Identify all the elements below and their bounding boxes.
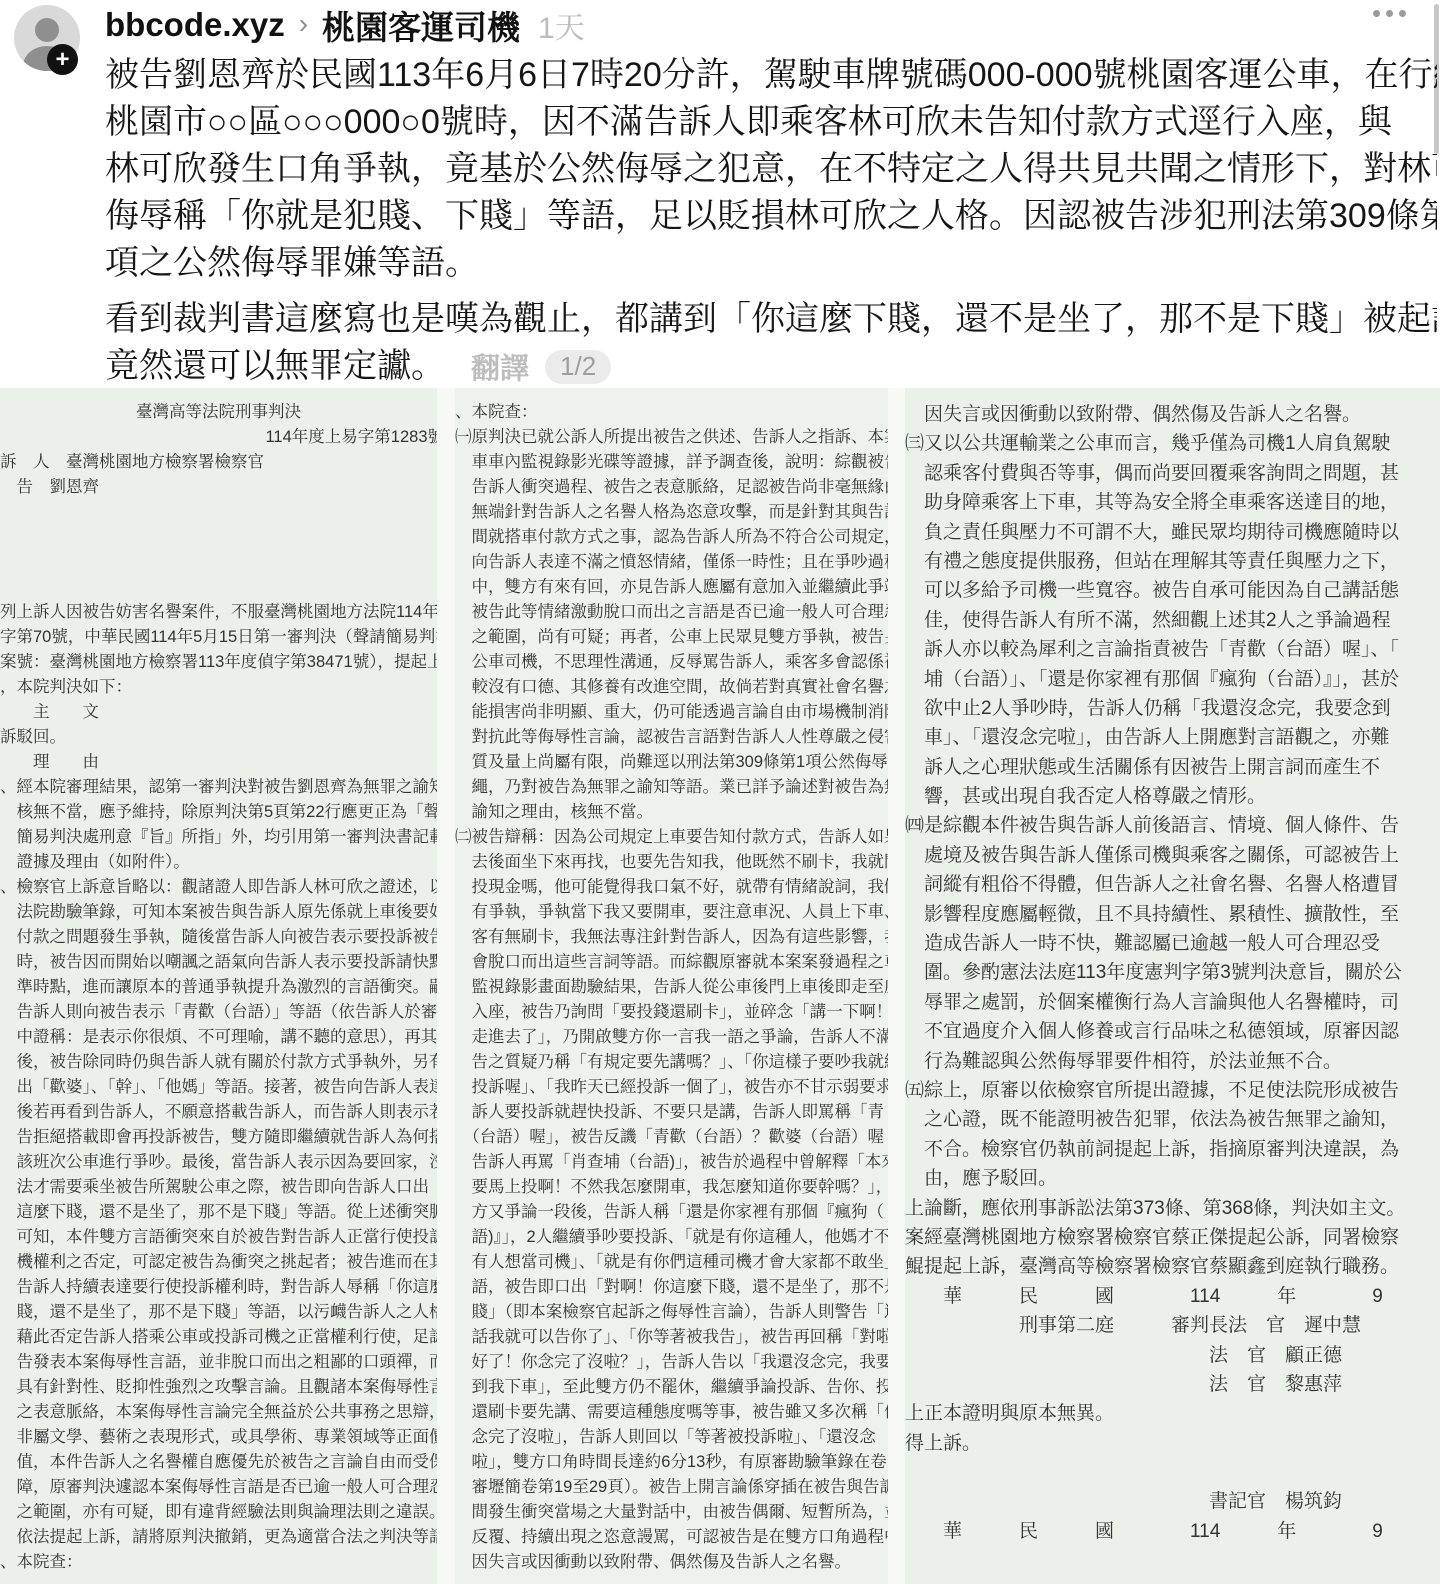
judgment-text-line: 車」、「還沒念完啦」，由告訴人上開應對言語觀之，亦難 [905, 723, 1440, 752]
judgment-text-line: 主 文 [0, 700, 437, 725]
judgment-text-line: 公車司機，不思理性溝通，反辱罵告訴人，乘客多會認係被 [455, 650, 888, 675]
judgment-text-line: 書記官 楊筑鈞 [905, 1487, 1440, 1516]
judgment-text-line: 啦」，雙方口角時間長達約6分13秒，有原審勘驗筆錄在卷（ [455, 1450, 888, 1475]
judgment-text-line: 法才需要乘坐被告所駕駛公車之際，被告即向告訴人口出「你 [0, 1175, 437, 1200]
judgment-text-line: 訴駁回。 [0, 725, 437, 750]
judgment-text-line: 刑事第二庭 審判長法 官 遲中慧 [905, 1311, 1440, 1340]
judgment-text-line: 可以多給予司機一些寬容。被告自承可能因為自己講話態 [905, 576, 1440, 605]
judgment-text-line: 間就搭車付款方式之事，認為告訴人所為不符合公司規定， [455, 525, 888, 550]
judgment-text-line: 告訴人衝突過程、被告之表意脈絡，足認被告尚非毫無緣由 [455, 475, 888, 500]
judgment-text-line: 中，雙方有來有回，亦見告訴人應屬有意加入並繼續此爭端 [455, 575, 888, 600]
judgment-text-line: 由，應予駁回。 [905, 1164, 1440, 1193]
judgment-text-line: 障，原審判決遽認本案侮辱性言語是否已逾一般人可合理忍受 [0, 1475, 437, 1500]
judgment-text-line: 告訴人則向被告表示「青歡（台語）」等語（依告訴人於審理 [0, 1000, 437, 1025]
judgment-text-line: 訴 人 臺灣桃園地方檢察署檢察官 [0, 450, 437, 475]
judgment-text-line: 念完了沒啦」，告訴人則回以「等著被投訴啦」、「還沒念 [455, 1425, 888, 1450]
judgment-text-line: 告訴人再罵「肖查埔（台語)」，被告於過程中曾解釋「本來 [455, 1150, 888, 1175]
post-text-line: 被告劉恩齊於民國113年6月6日7時20分許，駕駛車牌號碼000-000號桃園客… [105, 52, 1437, 99]
judgment-text-line: 有爭執，爭執當下我又要開車，要注意車況、人員上下車、 [455, 900, 888, 925]
judgment-text-line: 上正本證明與原本無異。 [905, 1399, 1440, 1428]
judgment-text-line [0, 525, 437, 550]
dot [1399, 10, 1406, 17]
translate-button[interactable]: 翻譯 [471, 346, 529, 387]
breadcrumb: bbcode.xyz › 桃園客運司機 1天 [105, 2, 585, 48]
judgment-text-line: 法 官 顧正德 [905, 1341, 1440, 1370]
judgment-text-line: 因失言或因衝動以致附帶、偶然傷及告訴人之名譽。 [455, 1550, 888, 1575]
judgment-text-line: 助身障乘客上下車，其等為安全將全車乘客送達目的地， [905, 488, 1440, 517]
judgment-text-line: 臺灣高等法院刑事判決 [0, 400, 437, 425]
judgment-text-line: 埔（台語）」、「還是你家裡有那個『瘋狗（台語）』」，甚於 [905, 665, 1440, 694]
judgment-text-line: 列上訴人因被告妨害名譽案件，不服臺灣桃園地方法院114年度 [0, 600, 437, 625]
judgment-text-line: 行為難認與公然侮辱罪要件相符，於法並無不合。 [905, 1047, 1440, 1076]
judgment-text-line: 詞縱有粗俗不得體，但告訴人之社會名譽、名譽人格遭冒 [905, 870, 1440, 899]
more-menu-icon[interactable] [1373, 10, 1406, 17]
judgment-text-line: 審壢簡卷第19至29頁）。被告上開言論係穿插在被告與告訴 [455, 1475, 888, 1500]
judgment-text-line: （台語）喔」，被告反譏「青歡（台語）？歡婆（台語）喔 [455, 1125, 888, 1150]
judgment-text-line: 能損害尚非明顯、重大，仍可能透過言論自由市場機制消除 [455, 700, 888, 725]
judgment-text-line: 方又爭論一段後，告訴人稱「還是你家裡有那個『瘋狗（ [455, 1200, 888, 1225]
follow-plus-badge[interactable]: + [47, 44, 78, 75]
judgment-text-line: 核無不當，應予維持，除原判決第5頁第22行應更正為「聲請 [0, 800, 437, 825]
judgment-text-line: 案經臺灣桃園地方檢察署檢察官蔡正傑提起公訴，同署檢察 [905, 1223, 1440, 1252]
judgment-text-line: 法院勘驗筆錄，可知本案被告與告訴人原先係就上車後要如何 [0, 900, 437, 925]
judgment-text-line [905, 1458, 1440, 1487]
judgment-text-line: 這麼下賤，還不是坐了，那不是下賤」等語。從上述衝突脈絡 [0, 1200, 437, 1225]
judgment-text-line: 、經本院審理結果，認第一審判決對被告劉恩齊為無罪之諭知， [0, 775, 437, 800]
judgment-text-line: 賤」（即本案檢察官起訴之侮辱性言論），告訴人則警告「這 [455, 1300, 888, 1325]
judgment-text-line: 告發表本案侮辱性言語，並非脫口而出之粗鄙的口頭禪，而是 [0, 1350, 437, 1375]
judgment-text-line: 、檢察官上訴意旨略以：觀諸證人即告訴人林可欣之證述，以及 [0, 875, 437, 900]
board-link[interactable]: 桃園客運司機 [322, 2, 520, 49]
judgment-text-line: 負之責任與壓力不可謂不大，雖民眾均期待司機應隨時以 [905, 518, 1440, 547]
forum-post: + bbcode.xyz › 桃園客運司機 1天 被告劉恩齊於民國113年6月6… [0, 0, 1440, 388]
judgment-column-right: 因失言或因衝動以致附帶、偶然傷及告訴人之名譽。㈢又以公共運輸業之公車而言，幾乎僅… [905, 388, 1440, 1584]
judgment-text-line: 有禮之態度提供服務，但站在理解其等責任與壓力之下， [905, 547, 1440, 576]
judgment-text-line: 非屬文學、藝術之表現形式，或具學術、專業領域等正面價 [0, 1425, 437, 1450]
judgment-text-line: 無端針對告訴人之名譽人格為恣意攻擊，而是針對其與告訴 [455, 500, 888, 525]
judgment-text-line: 有人想當司機」、「就是有你們這種司機才會大家都不敢坐」 [455, 1250, 888, 1275]
judgment-text-line: 後，被告除同時仍與告訴人就有關於付款方式爭執外，另有口 [0, 1050, 437, 1075]
post-body-paragraph-2: 看到裁判書這麼寫也是嘆為觀止，都講到「你這麼下賤，還不是坐了，那不是下賤」被起訴… [105, 296, 1437, 390]
judgment-text-line: 字第70號，中華民國114年5月15日第一審判決（聲請簡易判決處 [0, 625, 437, 650]
judgment-text-line: 具有針對性、貶抑性強烈之攻擊言論。且觀諸本案侮辱性言論 [0, 1375, 437, 1400]
judgment-text-line: 處境及被告與告訴人僅係司機與乘客之關係，可認被告上 [905, 841, 1440, 870]
judgment-text-line: 告拒絕搭載即會再投訴被告，雙方隨即繼續就告訴人為何搭乘 [0, 1125, 437, 1150]
judgment-text-line: 上論斷，應依刑事訴訟法第373條、第368條，判決如主文。 [905, 1194, 1440, 1223]
post-body-paragraph-1: 被告劉恩齊於民國113年6月6日7時20分許，駕駛車牌號碼000-000號桃園客… [105, 52, 1437, 287]
judgment-text-line: 被告此等情緒激動脫口而出之言語是否已逾一般人可合理忍 [455, 600, 888, 625]
judgment-text-line: 案號：臺灣桃園地方檢察署113年度偵字第38471號），提起上 [0, 650, 437, 675]
judgment-text-line: 藉此否定告訴人搭乘公車或投訴司機之正當權利行使，足認被 [0, 1325, 437, 1350]
judgment-text-line: 因失言或因衝動以致附帶、偶然傷及告訴人之名譽。 [905, 400, 1440, 429]
judgment-text-line: 訴人要投訴就趕快投訴、不要只是講，告訴人即罵稱「青 [455, 1100, 888, 1125]
judgment-text-line: 時，被告因而開始以嘲諷之語氣向告訴人表示要投訴請快點、 [0, 950, 437, 975]
judgment-text-line: 中證稱：是表示你很煩、不可理喻，講不聽的意思），再其 [0, 1025, 437, 1050]
judgment-text-line: 佳，使得告訴人有所不滿，然細觀上述其2人之爭論過程 [905, 606, 1440, 635]
judgment-text-line: 準時點，進而讓原本的普通爭執提升為激烈的言語衝突。嗣後 [0, 975, 437, 1000]
judgment-text-line: 告訴人持續表達要行使投訴權利時，對告訴人辱稱「你這麼下 [0, 1275, 437, 1300]
judgment-text-line: 後若再看到告訴人，不願意搭載告訴人，而告訴人則表示若被 [0, 1100, 437, 1125]
judgment-text-line: 不宜過度介入個人修養或言行品味之私德領域，原審因認 [905, 1017, 1440, 1046]
judgment-text-line: 投訴喔」、「我昨天已經投訴一個了」，被告亦不甘示弱要求 [455, 1075, 888, 1100]
judgment-text-line: 好了！你念完了沒啦？」，告訴人告以「我還沒念完，我要 [455, 1350, 888, 1375]
judgment-text-line: 會脫口而出這些言詞等語。而綜觀原審就本案案發過程之車 [455, 950, 888, 975]
chevron-right-icon: › [299, 8, 308, 42]
judgment-text-line: 之範圍，亦有可疑，即有違背經驗法則與論理法則之違誤。爰 [0, 1500, 437, 1525]
judgment-text-line: 還刷卡要先講、需要這種態度嗎等事，被告雖又多次稱「你 [455, 1400, 888, 1425]
post-text-line: 桃園市○○區○○○000○0號時，因不滿告訴人即乘客林可欣未告知付款方式逕行入座… [105, 99, 1437, 146]
judgment-text-line: 簡易判決處刑意『旨』所指」外，均引用第一審判決書記載之 [0, 825, 437, 850]
judgment-text-line: 證據及理由（如附件）。 [0, 850, 437, 875]
judgment-text-line: 訴人之心理狀態或生活關係有因被告上開言詞而產生不 [905, 753, 1440, 782]
post-text-line: 看到裁判書這麼寫也是嘆為觀止，都講到「你這麼下賤，還不是坐了，那不是下賤」被起訴… [105, 296, 1437, 343]
judgment-text-line: 要馬上投啊！不然我怎麼開車，我怎麼知道你要幹嗎？」， [455, 1175, 888, 1200]
judgment-text-line [0, 500, 437, 525]
judgment-text-line: 到我下車」，至此雙方仍不罷休，繼續爭論投訴、告你、投 [455, 1375, 888, 1400]
judgment-text-line: 走進去了」，乃開啟雙方你一言我一語之爭論，告訴人不滿 [455, 1025, 888, 1050]
judgment-text-line: 機權利之否定，可認定被告為衝突之挑起者；被告進而在其後 [0, 1250, 437, 1275]
judgment-text-line: 華 民 國 114 年 9 月 16 日 [905, 1517, 1440, 1546]
judgment-text-line [0, 550, 437, 575]
judgment-text-line: ㈠原判決已就公訴人所提出被告之供述、告訴人之指訴、本案 [455, 425, 888, 450]
judgment-text-line: 質及量上尚屬有限，尚難逕以刑法第309條第1項公然侮辱罪 [455, 750, 888, 775]
judgment-text-line: 語)』」，2人繼續爭吵要投訴、「就是有你這種人，他媽才不 [455, 1225, 888, 1250]
judgment-text-line: 114年度上易字第1283號 [0, 425, 437, 450]
judgment-text-line: ㈢又以公共運輸業之公車而言，幾乎僅為司機1人肩負駕駛 [905, 429, 1440, 458]
judgment-text-line: 可知，本件雙方言語衝突來自於被告對告訴人正當行使投訴司 [0, 1225, 437, 1250]
judgment-text-line: 付款之問題發生爭執，隨後當告訴人向被告表示要投訴被告之 [0, 925, 437, 950]
post-time: 1天 [538, 3, 585, 47]
judgment-text-line: 出「歡婆」、「幹」、「他媽」等語。接著，被告向告訴人表達之 [0, 1075, 437, 1100]
judgment-text-line: 影響程度應屬輕微，且不具持續性、累積性、擴散性，至 [905, 900, 1440, 929]
judgment-text-line: 不合。檢察官仍執前詞提起上訴，指摘原審判決違誤，為 [905, 1135, 1440, 1164]
judgment-text-line: 之心證，既不能證明被告犯罪，依法為被告無罪之諭知， [905, 1105, 1440, 1134]
judgment-text-line: 之範圍，尚有可疑；再者，公車上民眾見雙方爭執，被告身 [455, 625, 888, 650]
judgment-column-middle: 、本院查：㈠原判決已就公訴人所提出被告之供述、告訴人之指訴、本案 車車內監視錄影… [455, 388, 888, 1584]
post-text-line: 侮辱稱「你就是犯賤、下賤」等語，足以貶損林可欣之人格。因認被告涉犯刑法第309條… [105, 193, 1437, 240]
judgment-text-line: ㈣是綜觀本件被告與告訴人前後語言、情境、個人條件、告 [905, 811, 1440, 840]
judgment-text-line: 、本院查： [455, 400, 888, 425]
column-gutter [437, 388, 455, 1584]
judgment-text-line: 辱罪之處罰，於個案權衡行為人言論與他人名譽權時，司 [905, 988, 1440, 1017]
dot [1386, 10, 1393, 17]
judgment-text-line: 理 由 [0, 750, 437, 775]
judgment-text-line: ㈡被告辯稱：因為公司規定上車要告知付款方式，告訴人如果 [455, 825, 888, 850]
judgment-text-line: 去後面坐下來再找，也要先告知我，他既然不刷卡，我就問 [455, 850, 888, 875]
column-gutter [888, 388, 905, 1584]
post-text-line: 竟然還可以無罪定讞。 [105, 343, 445, 390]
judgment-text-line: 依法提起上訴，請將原判決撤銷，更為適當合法之判決等語。 [0, 1525, 437, 1550]
judgment-text-line: 認乘客付費與否等事，偶而尚要回覆乘客詢問之問題，甚 [905, 459, 1440, 488]
post-text-line: 項之公然侮辱罪嫌等語。 [105, 240, 1437, 287]
judgment-text-line: 法 官 黎惠萍 [905, 1370, 1440, 1399]
avatar-silhouette-head [35, 18, 59, 42]
judgment-text-line: 反覆、持續出現之恣意謾罵，可認被告是在雙方口角過程中 [455, 1525, 888, 1550]
judgment-text-line: 該班次公車進行爭吵。最後，當告訴人表示因為要回家，沒辦 [0, 1150, 437, 1175]
judgment-text-line: 入座，被告乃詢問「要投錢還刷卡」，並碎念「講一下啊！ [455, 1000, 888, 1025]
judgment-text-line: 造成告訴人一時不快，難認屬已逾越一般人可合理忍受 [905, 929, 1440, 958]
judgment-text-line: 較沒有口德、其修養有改進空間，故倘若對真實社會名譽之 [455, 675, 888, 700]
judgment-text-line: 告之質疑乃稱「有規定要先講嗎？」、「你這樣子要吵我就給 [455, 1050, 888, 1075]
judgment-text-line: 客有無刷卡，我無法專注針對告訴人，因為有這些影響，我 [455, 925, 888, 950]
judgment-text-line: 、本院查： [0, 1550, 437, 1575]
judgment-text-line: 話我就可以告你了」、「你等著被我告」，被告再回稱「對啦 [455, 1325, 888, 1350]
judgment-text-line: 得上訴。 [905, 1429, 1440, 1458]
dot [1373, 10, 1380, 17]
judgment-text-line: 欲中止2人爭吵時，告訴人仍稱「我還沒念完，我要念到 [905, 694, 1440, 723]
judgment-text-line: 監視錄影畫面勘驗結果，告訴人從公車後門上車後即走至座 [455, 975, 888, 1000]
judgment-text-line: 華 民 國 114 年 9 月 16 日 [905, 1282, 1440, 1311]
judgment-text-line: ，本院判決如下： [0, 675, 437, 700]
site-name[interactable]: bbcode.xyz [105, 6, 285, 44]
judgment-text-line: 諭知之理由，核無不當。 [455, 800, 888, 825]
judgment-text-line [0, 575, 437, 600]
judgment-text-line: 語，被告即口出「對啊！你這麼下賤，還不是坐了，那不是 [455, 1275, 888, 1300]
page-indicator-badge: 1/2 [545, 350, 611, 384]
judgment-text-line: 值，本件告訴人之名譽權自應優先於被告之言論自由而受保 [0, 1450, 437, 1475]
judgment-text-line: 間發生衝突當場之大量對話中，由被告偶爾、短暫所為，並 [455, 1500, 888, 1525]
judgment-column-left: 臺灣高等法院刑事判決114年度上易字第1283號訴 人 臺灣桃園地方檢察署檢察官… [0, 388, 437, 1584]
judgment-text-line: 告 劉恩齊 [0, 475, 437, 500]
judgment-text-line: 投現金嗎，他可能覺得我口氣不好，就帶有情緒說詞，我們 [455, 875, 888, 900]
judgment-text-line: 繩，乃對被告為無罪之諭知等語。業已詳予論述對被告為無 [455, 775, 888, 800]
judgment-text-line: 賤，還不是坐了，那不是下賤」等語，以污衊告訴人之人格， [0, 1300, 437, 1325]
judgment-text-line: 之表意脈絡，本案侮辱性言論完全無益於公共事務之思辯，亦 [0, 1400, 437, 1425]
judgment-text-line: 鯤提起上訴，臺灣高等檢察署檢察官蔡顯鑫到庭執行職務。 [905, 1252, 1440, 1281]
judgment-text-line: 車車內監視錄影光碟等證據，詳予調查後，說明：綜觀被告 [455, 450, 888, 475]
judgment-text-line: 圍。參酌憲法法庭113年度憲判字第3號判決意旨，關於公 [905, 958, 1440, 987]
judgment-text-line: 向告訴人表達不滿之憤怒情緒，僅係一時性；且在爭吵過程 [455, 550, 888, 575]
judgment-text-line: 訴人亦以較為犀利之言論指責被告「青歡（台語）喔」、「 [905, 635, 1440, 664]
judgment-text-line: 對抗此等侮辱性言論，認被告言語對告訴人人性尊嚴之侵害 [455, 725, 888, 750]
judgment-text-line: ㈤綜上，原審以依檢察官所提出證據，不足使法院形成被告 [905, 1076, 1440, 1105]
judgment-text-line: 響，甚或出現自我否定人格尊嚴之情形。 [905, 782, 1440, 811]
post-text-line: 林可欣發生口角爭執，竟基於公然侮辱之犯意，在不特定之人得共見共聞之情形下，對林可… [105, 146, 1437, 193]
judgment-document: 臺灣高等法院刑事判決114年度上易字第1283號訴 人 臺灣桃園地方檢察署檢察官… [0, 388, 1440, 1584]
screen: + bbcode.xyz › 桃園客運司機 1天 被告劉恩齊於民國113年6月6… [0, 0, 1440, 1584]
